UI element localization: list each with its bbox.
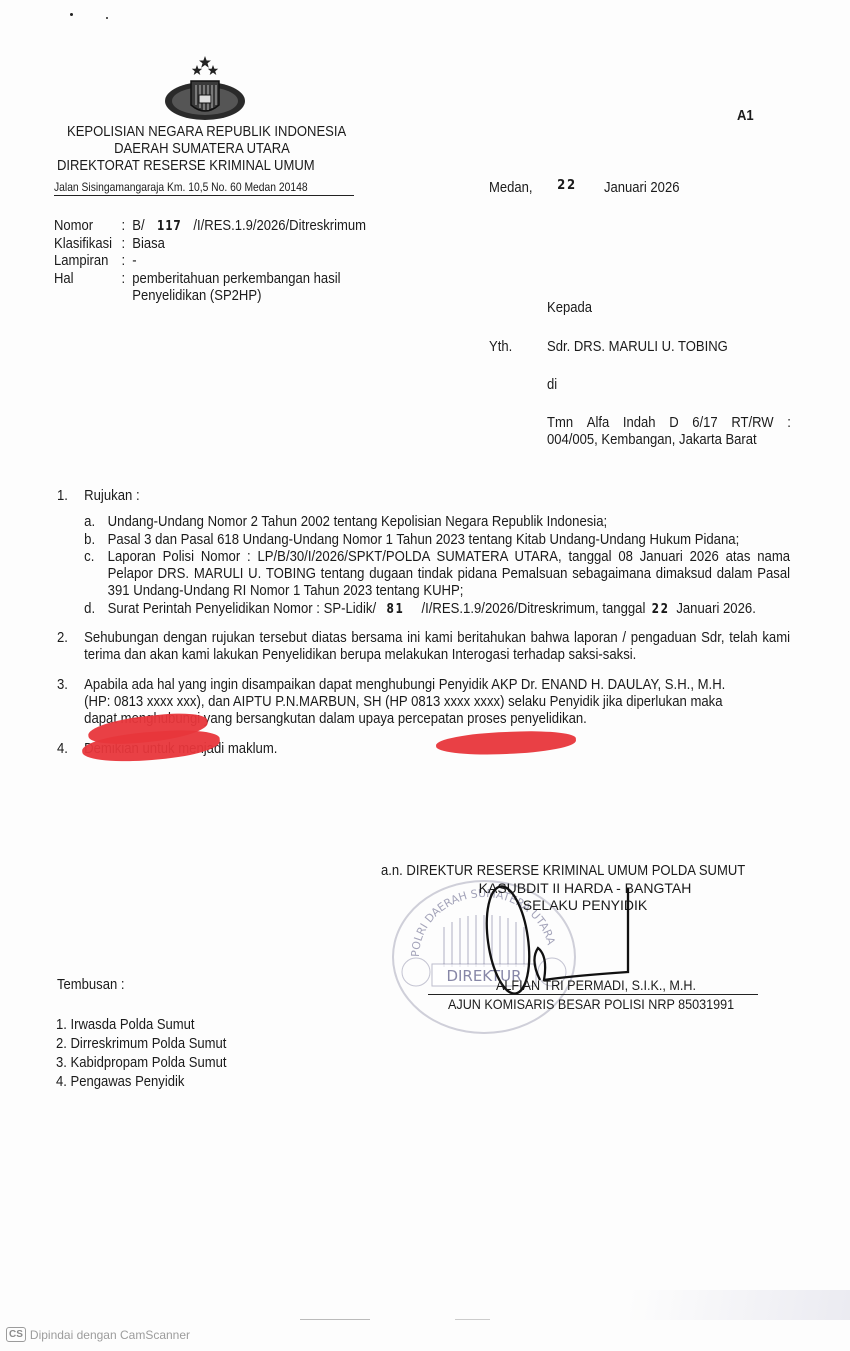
- scan-speck: [106, 17, 108, 19]
- sp-date-handwritten: 22: [652, 601, 670, 618]
- signatory-rank: AJUN KOMISARIS BESAR POLISI NRP 85031991: [448, 996, 734, 1013]
- camscanner-watermark: CS Dipindai dengan CamScanner: [6, 1327, 190, 1342]
- recipient-name: Sdr. DRS. MARULI U. TOBING: [547, 339, 728, 356]
- meta-klasifikasi: Klasifikasi : Biasa: [54, 236, 366, 254]
- camscanner-text: Dipindai dengan CamScanner: [30, 1328, 190, 1342]
- body-item-2: 2. Sehubungan dengan rujukan tersebut di…: [57, 630, 790, 665]
- rujukan-item-c: c. Laporan Polisi Nomor : LP/B/30/I/2026…: [84, 549, 790, 601]
- letterhead-line: DIREKTORAT RESERSE KRIMINAL UMUM: [51, 158, 321, 175]
- tembusan-item: 2. Dirreskrimum Polda Sumut: [56, 1035, 226, 1054]
- signature-on-behalf: a.n. DIREKTUR RESERSE KRIMINAL UMUM POLD…: [381, 863, 745, 880]
- letterhead-address: Jalan Sisingamangaraja Km. 10,5 No. 60 M…: [54, 180, 354, 196]
- meta-hal: Hal : pemberitahuan perkembangan hasil P…: [54, 271, 366, 306]
- recipient-address: TmnAlfaIndahD6/17RT/RW: 004/005, Kembang…: [547, 415, 791, 449]
- recipient-kepada: Kepada: [547, 300, 592, 317]
- tembusan-item: 1. Irwasda Polda Sumut: [56, 1016, 226, 1035]
- letterhead: KEPOLISIAN NEGARA REPUBLIK INDONESIA DAE…: [52, 124, 352, 175]
- scan-shadow: [630, 1290, 850, 1320]
- signature-underline: [428, 994, 758, 995]
- signatory-name: ALFIAN TRI PERMADI, S.I.K., M.H.: [496, 977, 696, 994]
- nomor-value: B/ 117 /I/RES.1.9/2026/Ditreskrimum: [132, 218, 366, 236]
- letterhead-line: DAERAH SUMATERA UTARA: [67, 141, 337, 158]
- scan-speck: [70, 13, 73, 16]
- recipient-yth: Yth.: [489, 339, 512, 356]
- rujukan-list: a. Undang-Undang Nomor 2 Tahun 2002 tent…: [84, 514, 790, 618]
- meta-nomor: Nomor : B/ 117 /I/RES.1.9/2026/Ditreskri…: [54, 218, 366, 236]
- meta-lampiran: Lampiran : -: [54, 253, 366, 271]
- scan-artifact: [455, 1319, 490, 1320]
- sp-lidik-handwritten: 81: [386, 601, 404, 618]
- nomor-handwritten: 117: [157, 218, 181, 236]
- letter-date-month-year: Januari 2026: [604, 180, 679, 197]
- tembusan-list: 1. Irwasda Polda Sumut 2. Dirreskrimum P…: [56, 1016, 245, 1092]
- tembusan-item: 4. Pengawas Penyidik: [56, 1073, 226, 1092]
- camscanner-icon: CS: [6, 1327, 26, 1342]
- rujukan-item-a: a. Undang-Undang Nomor 2 Tahun 2002 tent…: [84, 514, 790, 531]
- body-item-1: 1. Rujukan :: [57, 488, 790, 505]
- document-code: A1: [737, 108, 754, 125]
- recipient-address-line-2: 004/005, Kembangan, Jakarta Barat: [547, 432, 767, 449]
- letter-meta: Nomor : B/ 117 /I/RES.1.9/2026/Ditreskri…: [54, 218, 366, 306]
- recipient-address-line-1: TmnAlfaIndahD6/17RT/RW:: [547, 415, 791, 432]
- letterhead-address-wrap: Jalan Sisingamangaraja Km. 10,5 No. 60 M…: [54, 180, 354, 196]
- letter-place: Medan,: [489, 180, 533, 197]
- recipient-di: di: [547, 377, 557, 394]
- rujukan-item-b: b. Pasal 3 dan Pasal 618 Undang-Undang N…: [84, 532, 790, 549]
- tembusan-title: Tembusan :: [57, 977, 124, 994]
- letterhead-line: KEPOLISIAN NEGARA REPUBLIK INDONESIA: [67, 124, 337, 141]
- letter-date-day: 22: [557, 178, 577, 193]
- rujukan-item-d: d. Surat Perintah Penyelidikan Nomor : S…: [84, 601, 790, 618]
- police-emblem-logo: [160, 55, 250, 123]
- tembusan-item: 3. Kabidpropam Polda Sumut: [56, 1054, 226, 1073]
- scan-artifact: [300, 1319, 370, 1320]
